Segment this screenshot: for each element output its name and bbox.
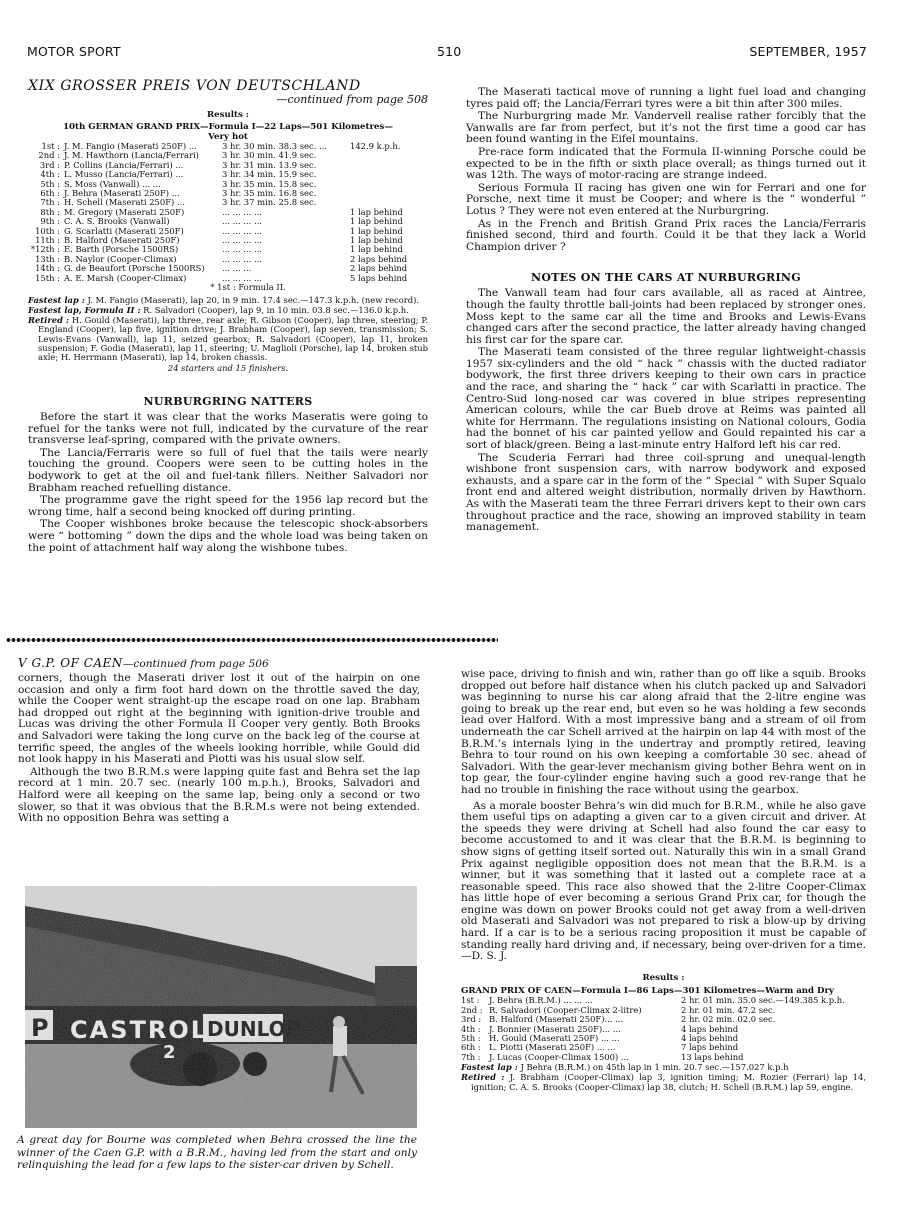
- caen-retired-value: J. Brabham (Cooper-Climax) lap 3, igniti…: [471, 1072, 866, 1091]
- right-top-column: The Maserati tactical move of running a …: [466, 87, 866, 535]
- caen-result-row: 7th :J. Lucas (Cooper-Climax 1500) ...13…: [461, 1053, 866, 1062]
- notes-paragraph: The Maserati team consisted of the three…: [466, 347, 866, 451]
- retired-value: H. Gould (Maserati), lap three, rear axl…: [38, 315, 428, 362]
- notes-paragraph: The Vanwall team had four cars available…: [466, 288, 866, 346]
- caen-continued: —continued from page 506: [123, 658, 269, 670]
- commentary-paragraph: The Nurburgring made Mr. Vandervell real…: [466, 111, 866, 146]
- results-label: Results :: [28, 110, 428, 120]
- caen-left-column: V G.P. OF CAEN—continued from page 506 c…: [18, 656, 420, 826]
- fastest-lap-label: Fastest lap :: [28, 295, 85, 305]
- behra-finish-photo-icon: P CASTROL DUNLOP 2: [25, 886, 417, 1128]
- retired: Retired : H. Gould (Maserati), lap three…: [28, 316, 428, 362]
- fastest-lap-value: J. M. Fangio (Maserati), lap 20, in 9 mi…: [87, 295, 419, 305]
- result-driver: A. E. Marsh (Cooper-Climax): [64, 274, 222, 283]
- issue-date: SEPTEMBER, 1957: [749, 44, 867, 59]
- results-table: 1st :J. M. Fangio (Maserati 250F) ...3 h…: [28, 142, 428, 283]
- german-gp-continued: —continued from page 508: [28, 93, 428, 106]
- page-number: 510: [437, 44, 461, 59]
- race-photo: P CASTROL DUNLOP 2: [25, 886, 417, 1128]
- commentary-paragraph: As in the French and British Grand Prix …: [466, 219, 866, 254]
- result-position: 7th :: [461, 1053, 489, 1062]
- german-gp-title: XIX GROSSER PREIS VON DEUTSCHLAND: [28, 78, 428, 94]
- result-driver: J. Lucas (Cooper-Climax 1500) ...: [489, 1053, 681, 1062]
- caen-title-text: V G.P. OF CAEN: [18, 656, 123, 670]
- caen-paragraph: corners, though the Maserati driver lost…: [18, 673, 420, 766]
- magazine-title: MOTOR SPORT: [27, 44, 121, 59]
- commentary-paragraph: The Maserati tactical move of running a …: [466, 87, 866, 110]
- notes-on-cars-heading: NOTES ON THE CARS AT NURBURGRING: [466, 271, 866, 284]
- commentary-paragraph: Pre-race form indicated that the Formula…: [466, 147, 866, 182]
- diamond-divider: [6, 636, 498, 644]
- fastest-lap: Fastest lap : J. M. Fangio (Maserati), l…: [28, 296, 428, 305]
- caen-results-table: 1st :J. Behra (B.R.M.) ... ... ...2 hr. …: [461, 996, 866, 1062]
- photo-caption: A great day for Bourne was completed whe…: [17, 1134, 417, 1172]
- result-time: 13 laps behind: [681, 1053, 743, 1062]
- caen-fastest-lap-value: J Behra (B.R.M.) on 45th lap in 1 min. 2…: [520, 1062, 788, 1072]
- caen-paragraph: Although the two B.R.M.s were lapping qu…: [18, 767, 420, 825]
- natters-paragraph: The Cooper wishbones broke because the t…: [28, 519, 428, 554]
- german-gp-column: XIX GROSSER PREIS VON DEUTSCHLAND —conti…: [28, 78, 428, 555]
- caen-paragraph: As a morale booster Behra’s win did much…: [461, 801, 866, 963]
- fastest-lap-f2: Fastest lap, Formula II : R. Salvadori (…: [28, 306, 428, 315]
- caen-fastest-lap: Fastest lap : J Behra (B.R.M.) on 45th l…: [461, 1063, 866, 1072]
- natters-paragraph: The Lancia/Ferraris were so full of fuel…: [28, 448, 428, 494]
- natters-paragraph: The programme gave the right speed for t…: [28, 495, 428, 518]
- caen-paragraph: wise pace, driving to finish and win, ra…: [461, 669, 866, 797]
- caen-right-column: wise pace, driving to finish and win, ra…: [461, 669, 866, 1093]
- natters-paragraph: Before the start it was clear that the w…: [28, 412, 428, 447]
- fastest-lap-f2-value: R. Salvadori (Cooper), lap 9, in 10 min.…: [143, 305, 409, 315]
- commentary-paragraph: Serious Formula II racing has given one …: [466, 183, 866, 218]
- starters-finishers: 24 starters and 15 finishers.: [28, 364, 428, 373]
- result-speed: 142.9 k.p.h.: [350, 142, 400, 151]
- natters-heading: NURBURGRING NATTERS: [28, 395, 428, 408]
- result-speed: 5 laps behind: [350, 274, 407, 283]
- caen-retired: Retired : J. Brabham (Cooper-Climax) lap…: [461, 1073, 866, 1092]
- results-footnote: * 1st : Formula II.: [68, 283, 428, 292]
- result-position: 15th :: [28, 274, 64, 283]
- caen-fastest-lap-label: Fastest lap :: [461, 1062, 518, 1072]
- fastest-lap-f2-label: Fastest lap, Formula II :: [28, 305, 140, 315]
- notes-paragraph: The Scuderia Ferrari had three coil-spru…: [466, 453, 866, 534]
- caen-title: V G.P. OF CAEN—continued from page 506: [18, 656, 420, 670]
- caen-results-label: Results :: [461, 973, 866, 983]
